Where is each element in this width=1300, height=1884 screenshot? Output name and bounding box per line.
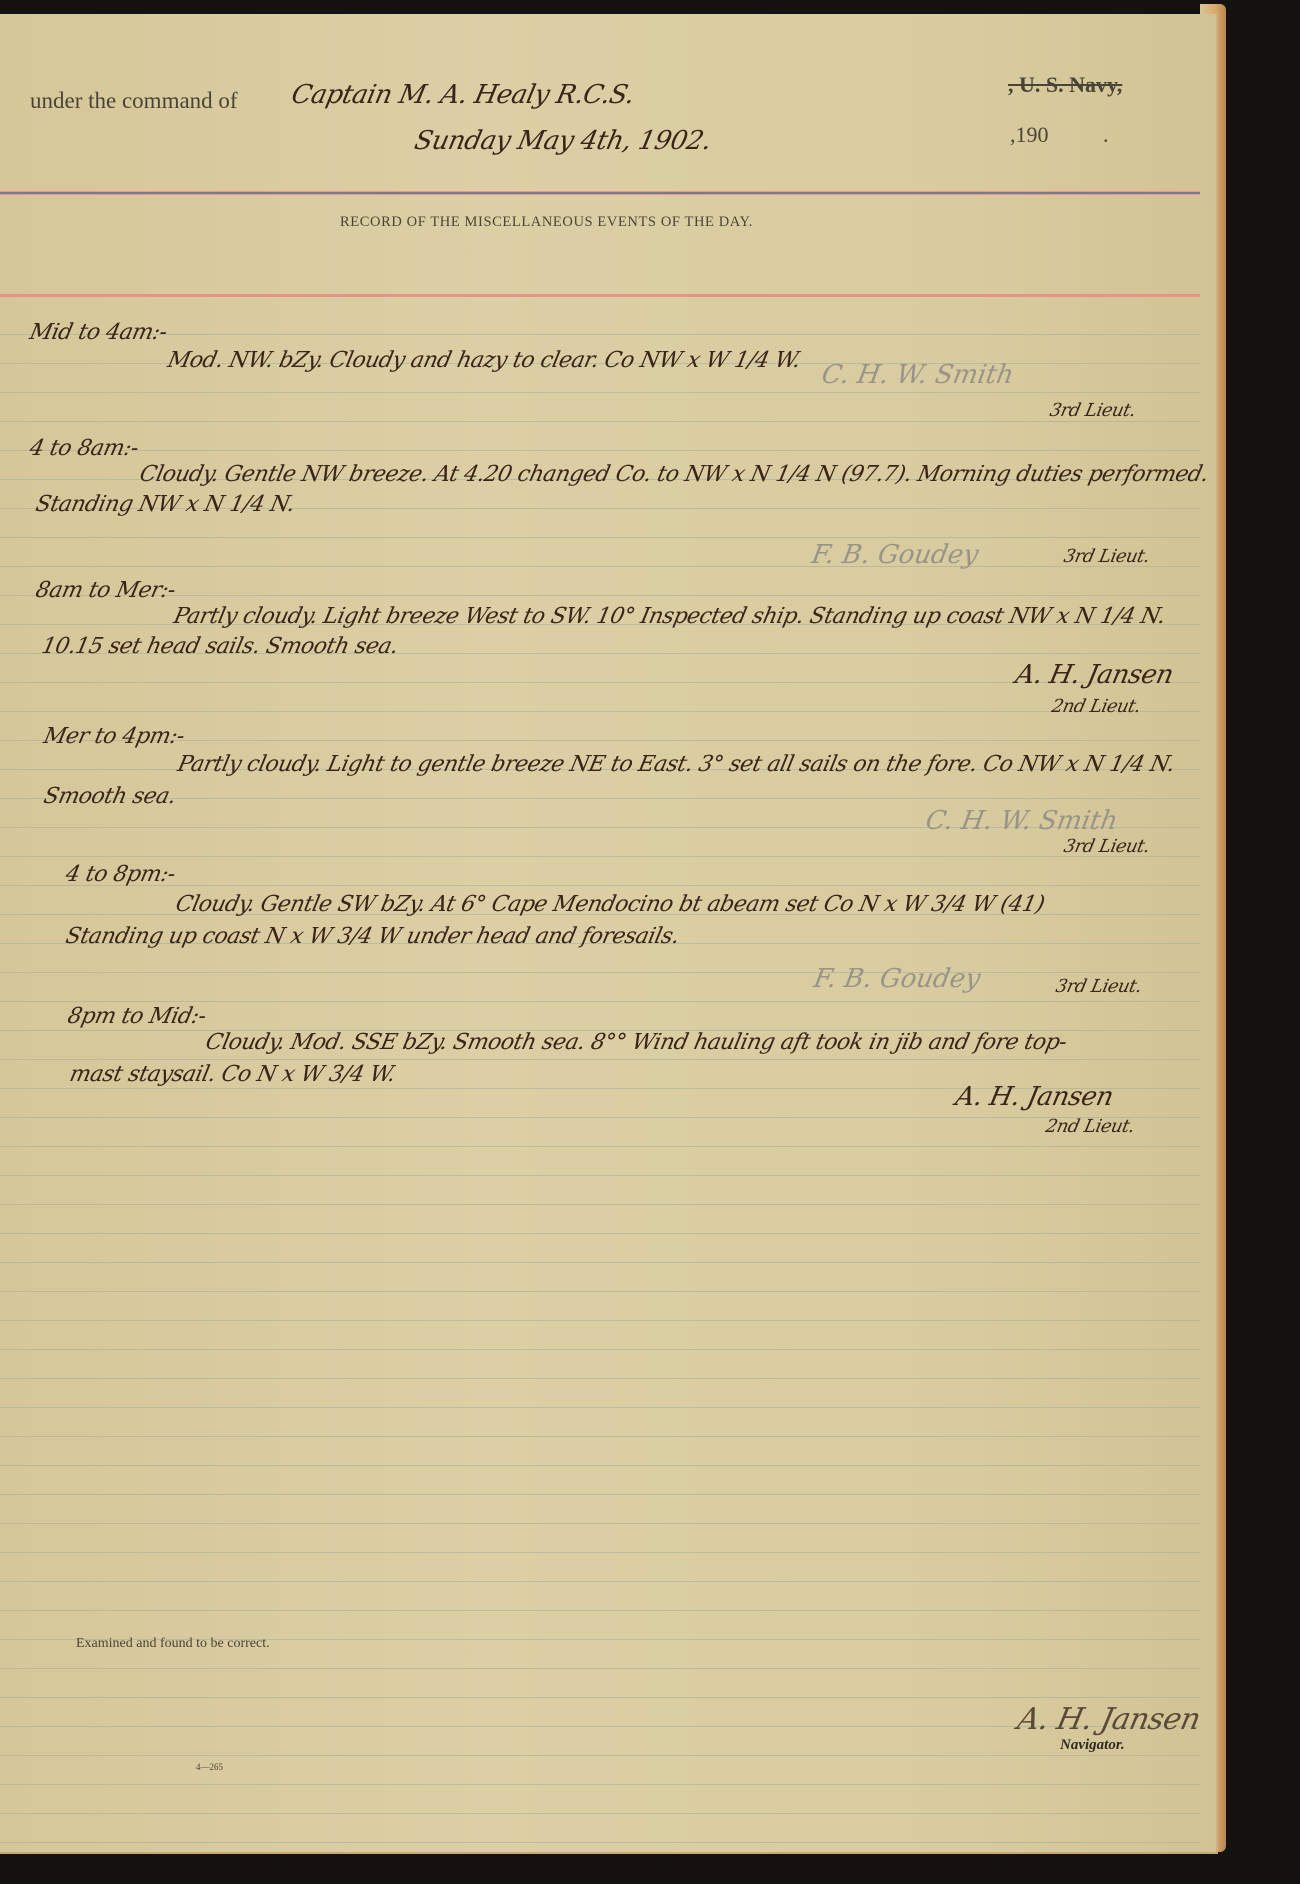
- entry-line: Cloudy. Gentle SW bZy. At 6° Cape Mendoc…: [173, 892, 1046, 917]
- command-label: under the command of: [30, 88, 238, 114]
- signature-rank: 3rd Lieut.: [1054, 976, 1144, 997]
- entry-line: Cloudy. Mod. SSE bZy. Smooth sea. 8°° Wi…: [203, 1030, 1069, 1055]
- entry-line: 10.15 set head sails. Smooth sea.: [39, 634, 400, 659]
- commander-name: Captain M. A. Healy R.C.S.: [289, 80, 637, 110]
- watch-signature: F. B. Goudey: [809, 540, 980, 570]
- entry-line: Smooth sea.: [41, 784, 178, 809]
- entry-line: Mod. NW. bZy. Cloudy and hazy to clear. …: [165, 348, 802, 373]
- signature-rank: 3rd Lieut.: [1062, 546, 1152, 567]
- signature-rank: 2nd Lieut.: [1044, 1116, 1137, 1137]
- entry-line: Standing up coast N x W 3/4 W under head…: [63, 924, 681, 949]
- section-rule: [0, 294, 1200, 297]
- navigator-signature: A. H. Jansen: [1014, 1702, 1203, 1737]
- year-dot: .: [1103, 122, 1109, 148]
- watch-signature: C. H. W. Smith: [819, 360, 1016, 390]
- navy-struck: , U. S. Navy,: [1008, 72, 1122, 98]
- watch-signature: A. H. Jansen: [953, 1082, 1116, 1112]
- watch-label: 4 to 8pm:-: [63, 862, 177, 887]
- watch-signature: F. B. Goudey: [811, 964, 982, 994]
- watch-label: 8am to Mer:-: [33, 578, 177, 603]
- examined-statement: Examined and found to be correct.: [76, 1636, 270, 1652]
- form-number: 4—265: [196, 1762, 223, 1772]
- signature-rank: 3rd Lieut.: [1048, 400, 1138, 421]
- watch-label: 8pm to Mid:-: [65, 1004, 208, 1029]
- section-title: RECORD OF THE MISCELLANEOUS EVENTS OF TH…: [340, 214, 753, 231]
- entry-line: Standing NW x N 1/4 N.: [33, 492, 297, 517]
- entry-line: mast staysail. Co N x W 3/4 W.: [67, 1062, 397, 1087]
- watch-label: Mid to 4am:-: [27, 320, 169, 345]
- year-prefix: ,190: [1010, 122, 1049, 148]
- watch-signature: C. H. W. Smith: [923, 806, 1120, 836]
- signature-rank: 2nd Lieut.: [1050, 696, 1143, 717]
- watch-signature: A. H. Jansen: [1013, 660, 1176, 690]
- entry-line: Partly cloudy. Light to gentle breeze NE…: [175, 752, 1177, 777]
- log-date: Sunday May 4th, 1902.: [412, 126, 714, 156]
- navigator-title: Navigator.: [1060, 1737, 1125, 1754]
- watch-label: Mer to 4pm:-: [41, 724, 186, 749]
- signature-rank: 3rd Lieut.: [1062, 836, 1152, 857]
- entry-line: Cloudy. Gentle NW breeze. At 4.20 change…: [137, 462, 1210, 487]
- header-rule: [0, 191, 1200, 195]
- entry-line: Partly cloudy. Light breeze West to SW. …: [171, 604, 1167, 629]
- watch-label: 4 to 8am:-: [27, 436, 140, 461]
